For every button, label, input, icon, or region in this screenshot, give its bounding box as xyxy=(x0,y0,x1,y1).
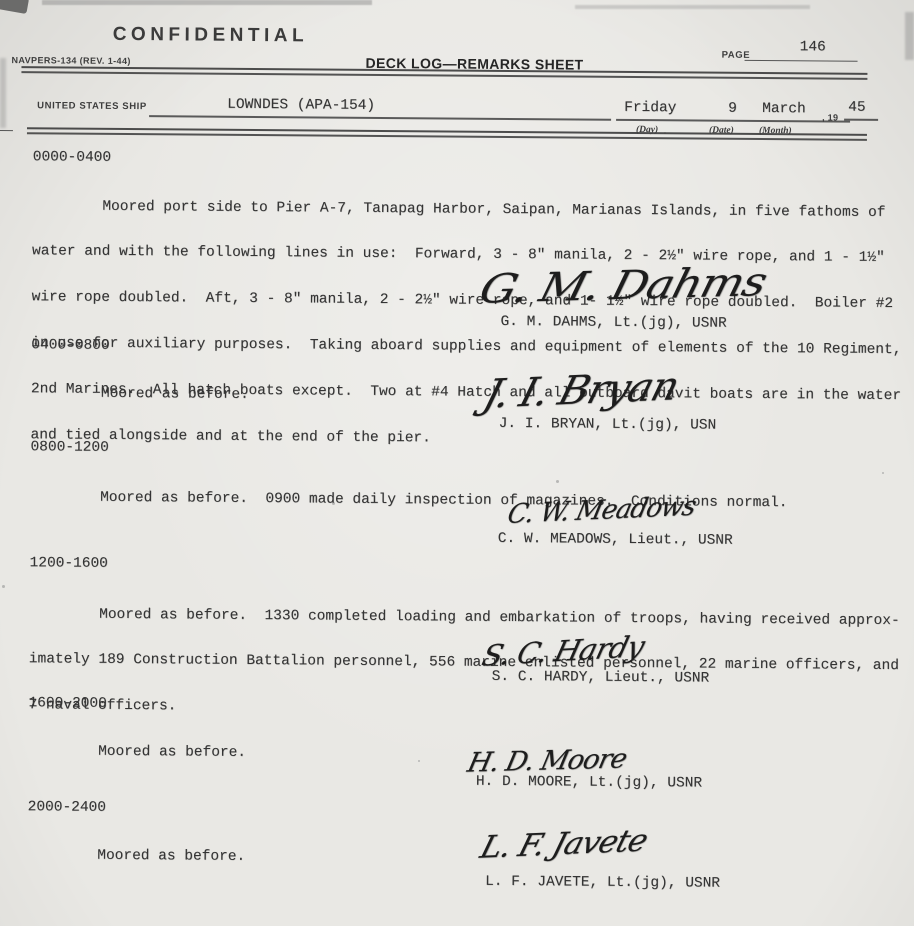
year-prefix: , 19 xyxy=(822,112,838,122)
entry-text-line: Moored as before. xyxy=(27,848,903,870)
classification-stamp: CONFIDENTIAL xyxy=(113,24,309,48)
time-range-label: 0400-0800 xyxy=(31,338,109,354)
time-range-label: 1200-1600 xyxy=(30,556,108,572)
entry-text-line: wire rope doubled. Aft, 3 - 8" manila, 2… xyxy=(32,291,908,313)
year-underline xyxy=(844,119,878,121)
time-range-label: 2000-2400 xyxy=(28,800,106,816)
entry-text-line: Moored as before. 0900 made daily inspec… xyxy=(30,490,906,512)
time-range-label: 0000-0400 xyxy=(33,150,111,166)
entry-text-line: Moored as before. xyxy=(31,386,907,408)
signature-typed: J. I. BRYAN, Lt.(jg), USN xyxy=(499,417,717,434)
form-number: NAVPERS-134 (REV. 1-44) xyxy=(11,55,130,66)
ship-label: UNITED STATES SHIP xyxy=(37,100,147,112)
signature-typed: S. C. HARDY, Lieut., USNR xyxy=(492,670,710,687)
signature-typed: H. D. MOORE, Lt.(jg), USNR xyxy=(476,775,702,792)
entry-text-line: imately 189 Construction Battalion perso… xyxy=(29,653,905,675)
document-page: CONFIDENTIAL NAVPERS-134 (REV. 1-44) DEC… xyxy=(0,0,914,926)
year-value: 45 xyxy=(848,101,866,116)
entry-text: Moored as before. xyxy=(31,355,908,438)
date-month-value: March xyxy=(762,102,806,118)
signature-script: J. I. Bryan xyxy=(478,364,683,418)
entry-text: Moored as before. xyxy=(27,817,904,900)
date-number-value: 9 xyxy=(728,102,737,117)
entry-text: Moored as before. 0900 made daily inspec… xyxy=(30,459,907,542)
entry-text-line: Moored port side to Pier A-7, Tanapag Ha… xyxy=(32,199,908,221)
date-underline xyxy=(616,119,850,123)
page-underline xyxy=(745,60,858,62)
header-rule-bottom xyxy=(27,127,867,141)
time-range-label: 1600-2000 xyxy=(28,696,106,712)
signature-typed: C. W. MEADOWS, Lieut., USNR xyxy=(498,532,733,549)
entry-text-line: Moored as before. 1330 completed loading… xyxy=(29,607,905,629)
page-number: 146 xyxy=(800,40,826,56)
ship-name: LOWNDES (APA-154) xyxy=(227,98,375,114)
time-range-label: 0800-1200 xyxy=(30,440,108,456)
signature-script: G. M. Dahms xyxy=(475,259,771,312)
signature-typed: L. F. JAVETE, Lt.(jg), USNR xyxy=(485,875,720,892)
ship-underline xyxy=(149,115,611,121)
rule-dash-left xyxy=(0,130,13,131)
signature-typed: G. M. DAHMS, Lt.(jg), USNR xyxy=(500,315,726,332)
date-day-value: Friday xyxy=(624,101,676,117)
entry-text: Moored as before. xyxy=(28,713,905,796)
entry-text-line: Moored as before. xyxy=(28,744,904,766)
entry-text-line: water and with the following lines in us… xyxy=(32,245,908,267)
